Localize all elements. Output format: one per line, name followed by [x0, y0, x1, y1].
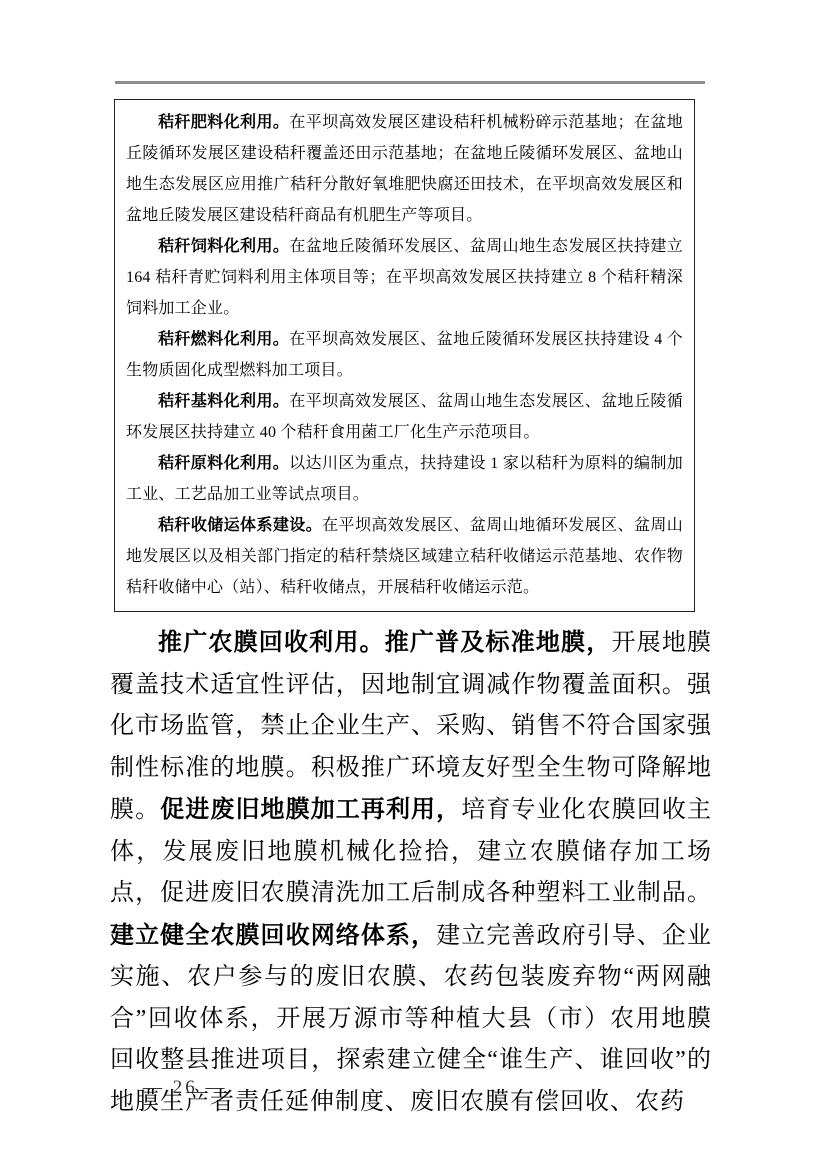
box-paragraph-head: 秸秆饲料化利用。 — [158, 238, 289, 255]
paragraph-segment-bold: 推广农膜回收利用。推广普及标准地膜， — [158, 629, 611, 656]
header-rule — [115, 81, 705, 84]
paragraph-segment-bold: 促进废旧地膜加工再利用， — [160, 796, 461, 823]
box-paragraph-head: 秸秆肥料化利用。 — [158, 114, 289, 131]
box-paragraph-storage-transport: 秸秆收储运体系建设。在平坝高效发展区、盆周山地循环发展区、盆周山地发展区以及相关… — [126, 510, 683, 603]
box-paragraph-head: 秸秆基料化利用。 — [158, 393, 289, 410]
box-paragraph-head: 秸秆收储运体系建设。 — [158, 517, 322, 534]
box-paragraph-head: 秸秆原料化利用。 — [158, 455, 289, 472]
box-paragraph-raw-material: 秸秆原料化利用。以达川区为重点，扶持建设 1 家以秸秆为原料的编制加工业、工艺品… — [126, 448, 683, 510]
page-number: — 26 — — [143, 1077, 228, 1099]
straw-utilization-box: 秸秆肥料化利用。在平坝高效发展区建设秸秆机械粉碎示范基地；在盆地丘陵循环发展区建… — [114, 99, 695, 612]
film-recycling-paragraph: 推广农膜回收利用。推广普及标准地膜，开展地膜覆盖技术适宜性评估，因地制宜调减作物… — [110, 622, 712, 1123]
box-paragraph-head: 秸秆燃料化利用。 — [158, 331, 289, 348]
paragraph-segment-bold: 建立健全农膜回收网络体系， — [110, 922, 436, 949]
document-page: 秸秆肥料化利用。在平坝高效发展区建设秸秆机械粉碎示范基地；在盆地丘陵循环发展区建… — [0, 0, 826, 1169]
paragraph-segment: 开展地膜覆盖技术适宜性评估，因地制宜调减作物覆盖面积。强化市场监管，禁止企业生产… — [110, 630, 712, 823]
box-paragraph-substrate: 秸秆基料化利用。在平坝高效发展区、盆周山地生态发展区、盆地丘陵循环发展区扶持建立… — [126, 386, 683, 448]
box-paragraph-feed: 秸秆饲料化利用。在盆地丘陵循环发展区、盆周山地生态发展区扶持建立 164 秸秆青… — [126, 231, 683, 324]
box-paragraph-fertilizer: 秸秆肥料化利用。在平坝高效发展区建设秸秆机械粉碎示范基地；在盆地丘陵循环发展区建… — [126, 107, 683, 231]
box-paragraph-fuel: 秸秆燃料化利用。在平坝高效发展区、盆地丘陵循环发展区扶持建设 4 个生物质固化成… — [126, 324, 683, 386]
